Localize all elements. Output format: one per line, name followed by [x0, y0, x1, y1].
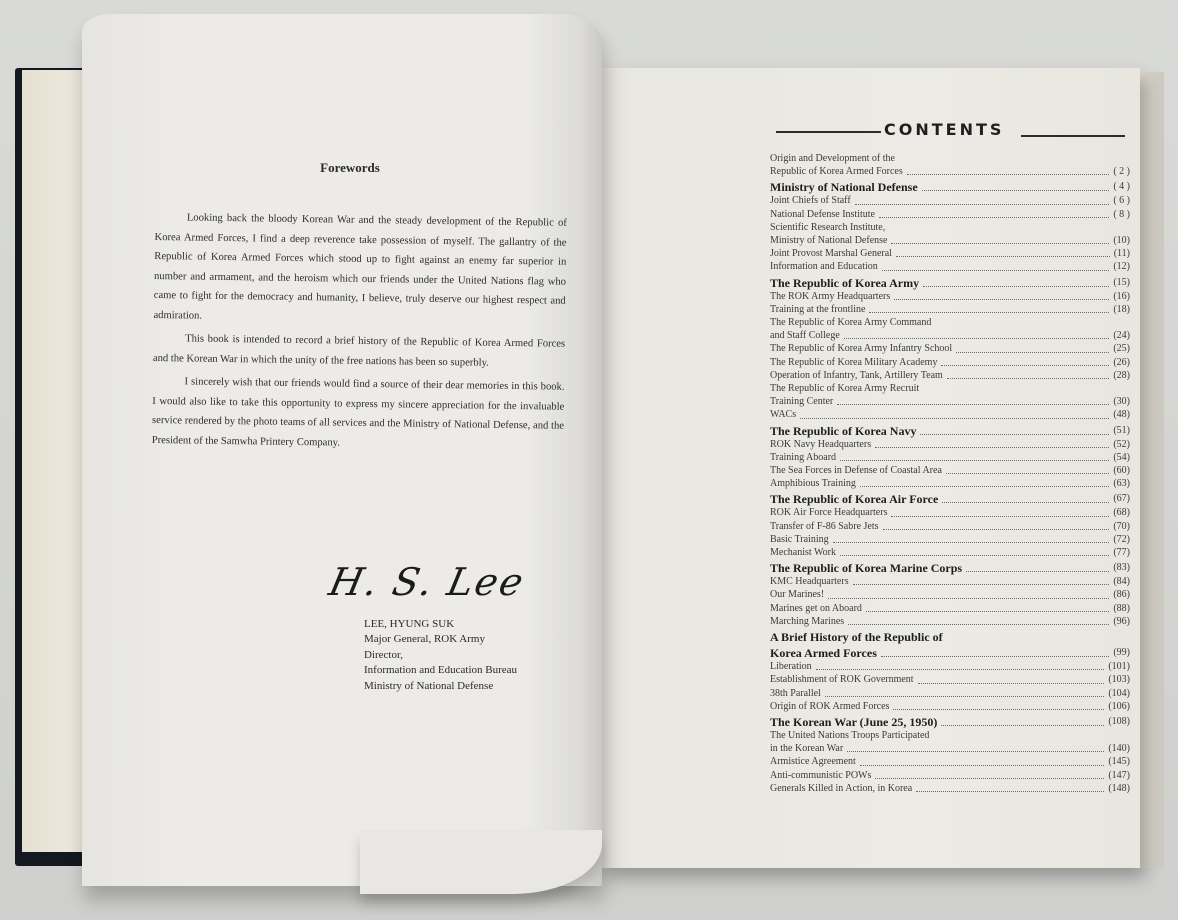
dot-leader [946, 472, 1109, 474]
dot-leader [840, 554, 1109, 556]
toc-page-number: ( 6 ) [1113, 194, 1130, 207]
foreword-paragraph: I sincerely wish that our friends would … [152, 372, 565, 456]
toc-page-number: (48) [1113, 408, 1130, 421]
signature: H. S. Lee [325, 560, 529, 604]
toc-entry-label: in the Korean War [770, 742, 843, 755]
table-of-contents: Origin and Development of theRepublic of… [770, 152, 1130, 795]
toc-entry: Operation of Infantry, Tank, Artillery T… [770, 369, 1130, 382]
toc-page-number: (86) [1113, 588, 1130, 601]
toc-entry: KMC Headquarters(84) [770, 575, 1130, 588]
dot-leader [828, 597, 1109, 599]
toc-entry: The Sea Forces in Defense of Coastal Are… [770, 464, 1130, 477]
toc-entry-label: WACs [770, 408, 796, 421]
toc-entry: ROK Air Force Headquarters(68) [770, 506, 1130, 519]
toc-entry-line: A Brief History of the Republic of [770, 630, 1130, 644]
toc-entry-label: Marching Marines [770, 615, 844, 628]
dot-leader [966, 570, 1109, 572]
toc-entry-line: The Republic of Korea Army Command [770, 316, 1130, 329]
toc-page-number: ( 8 ) [1113, 208, 1130, 221]
toc-page-number: (12) [1113, 260, 1130, 273]
toc-entry-label: Amphibious Training [770, 477, 856, 490]
toc-page-number: (24) [1113, 329, 1130, 342]
toc-entry: Transfer of F-86 Sabre Jets(70) [770, 520, 1130, 533]
toc-entry-line: The United Nations Troops Participated [770, 729, 1130, 742]
toc-entry: Mechanist Work(77) [770, 546, 1130, 559]
toc-entry: The Korean War (June 25, 1950)(108) [770, 715, 1130, 729]
toc-page-number: (84) [1113, 575, 1130, 588]
toc-entry-label: The Republic of Korea Army Infantry Scho… [770, 342, 952, 355]
dot-leader [825, 695, 1105, 697]
toc-entry-label: The Republic of Korea Marine Corps [770, 561, 962, 575]
toc-entry-label: Mechanist Work [770, 546, 836, 559]
toc-page-number: (103) [1108, 673, 1130, 686]
toc-entry-label: KMC Headquarters [770, 575, 849, 588]
foreword-paragraph: This book is intended to record a brief … [153, 329, 566, 374]
toc-page-number: (88) [1113, 602, 1130, 615]
toc-entry: Marching Marines(96) [770, 615, 1130, 628]
toc-entry-label: Transfer of F-86 Sabre Jets [770, 520, 879, 533]
toc-entry: Establishment of ROK Government(103) [770, 673, 1130, 686]
foreword-title: Forewords [300, 160, 400, 176]
dot-leader [800, 417, 1109, 419]
dot-leader [816, 668, 1105, 670]
toc-entry: Anti-communistic POWs(147) [770, 769, 1130, 782]
dot-leader [847, 750, 1104, 752]
toc-entry: National Defense Institute( 8 ) [770, 208, 1130, 221]
signatory-block: LEE, HYUNG SUK Major General, ROK Army D… [364, 617, 517, 694]
toc-entry: The Republic of Korea Air Force(67) [770, 492, 1130, 506]
toc-page-number: (18) [1113, 303, 1130, 316]
dot-leader [893, 708, 1104, 710]
dot-leader [869, 311, 1109, 313]
toc-entry: The Republic of Korea Navy(51) [770, 424, 1130, 438]
toc-entry: Ministry of National Defense(10) [770, 234, 1130, 247]
toc-entry-label: Origin of ROK Armed Forces [770, 700, 889, 713]
toc-entry: Armistice Agreement(145) [770, 755, 1130, 768]
dot-leader [956, 351, 1109, 353]
toc-entry-label: Marines get on Aboard [770, 602, 862, 615]
dot-leader [882, 269, 1110, 271]
toc-entry-label: Training at the frontline [770, 303, 865, 316]
dot-leader [941, 724, 1104, 726]
dot-leader [918, 682, 1105, 684]
toc-entry: Republic of Korea Armed Forces( 2 ) [770, 165, 1130, 178]
toc-entry-label: Basic Training [770, 533, 829, 546]
toc-entry: Joint Provost Marshal General(11) [770, 247, 1130, 260]
dot-leader [853, 583, 1110, 585]
toc-entry: Joint Chiefs of Staff( 6 ) [770, 194, 1130, 207]
toc-page-number: (28) [1113, 369, 1130, 382]
toc-page-number: (101) [1108, 660, 1130, 673]
toc-entry-line: Origin and Development of the [770, 152, 1130, 165]
dot-leader [916, 790, 1104, 792]
toc-entry-label: Information and Education [770, 260, 878, 273]
toc-entry-label: Republic of Korea Armed Forces [770, 165, 903, 178]
dot-leader [891, 242, 1109, 244]
toc-entry: Our Marines!(86) [770, 588, 1130, 601]
toc-page-number: (104) [1108, 687, 1130, 700]
toc-entry-line: Scientific Research Institute, [770, 221, 1130, 234]
toc-entry-label: Training Aboard [770, 451, 836, 464]
toc-entry: Korea Armed Forces(99) [770, 646, 1130, 660]
signatory-rank: Major General, ROK Army [364, 632, 517, 647]
toc-page-number: (68) [1113, 506, 1130, 519]
toc-entry-label: Anti-communistic POWs [770, 769, 871, 782]
dot-leader [896, 255, 1110, 257]
toc-entry-label: The ROK Army Headquarters [770, 290, 890, 303]
toc-entry: and Staff College(24) [770, 329, 1130, 342]
toc-entry-label: ROK Navy Headquarters [770, 438, 871, 451]
toc-entry-label: Training Center [770, 395, 833, 408]
toc-page-number: (54) [1113, 451, 1130, 464]
dot-leader [947, 377, 1110, 379]
toc-entry: Basic Training(72) [770, 533, 1130, 546]
heading-rule-left [776, 131, 881, 133]
dot-leader [923, 285, 1109, 287]
toc-entry-label: The Korean War (June 25, 1950) [770, 715, 937, 729]
dot-leader [848, 623, 1109, 625]
toc-entry-label: The Republic of Korea Air Force [770, 492, 938, 506]
toc-entry-label: Joint Chiefs of Staff [770, 194, 851, 207]
toc-page-number: (67) [1113, 492, 1130, 506]
toc-page-number: (16) [1113, 290, 1130, 303]
signatory-position: Director, [364, 648, 517, 663]
toc-entry-label: Ministry of National Defense [770, 180, 918, 194]
toc-entry: Liberation(101) [770, 660, 1130, 673]
dot-leader [875, 777, 1104, 779]
toc-entry-label: National Defense Institute [770, 208, 875, 221]
toc-page-number: (26) [1113, 356, 1130, 369]
toc-entry: Training at the frontline(18) [770, 303, 1130, 316]
dot-leader [837, 403, 1109, 405]
dot-leader [879, 216, 1109, 218]
toc-entry-label: Joint Provost Marshal General [770, 247, 892, 260]
contents-heading: CONTENTS [776, 120, 1128, 142]
dot-leader [860, 485, 1109, 487]
toc-entry-label: 38th Parallel [770, 687, 821, 700]
dot-leader [891, 515, 1109, 517]
heading-rule-right [1021, 135, 1125, 137]
toc-entry-label: Operation of Infantry, Tank, Artillery T… [770, 369, 943, 382]
toc-entry-label: The Republic of Korea Military Academy [770, 356, 937, 369]
toc-entry: ROK Navy Headquarters(52) [770, 438, 1130, 451]
foreword-paragraph: Looking back the bloody Korean War and t… [153, 208, 567, 331]
dot-leader [942, 501, 1109, 503]
toc-entry-label: Armistice Agreement [770, 755, 856, 768]
dot-leader [866, 610, 1109, 612]
dot-leader [883, 528, 1110, 530]
toc-page-number: (96) [1113, 615, 1130, 628]
toc-page-number: (83) [1113, 561, 1130, 575]
signatory-bureau: Information and Education Bureau [364, 663, 517, 678]
toc-entry: Generals Killed in Action, in Korea(148) [770, 782, 1130, 795]
toc-entry-label: The Republic of Korea Navy [770, 424, 916, 438]
toc-page-number: (106) [1108, 700, 1130, 713]
toc-entry: Origin of ROK Armed Forces(106) [770, 700, 1130, 713]
toc-page-number: (11) [1114, 247, 1130, 260]
toc-entry-label: Our Marines! [770, 588, 824, 601]
toc-page-number: (25) [1113, 342, 1130, 355]
page-block-edge-right [1138, 72, 1164, 868]
dot-leader [833, 541, 1110, 543]
toc-entry-label: The Republic of Korea Army [770, 276, 919, 290]
dot-leader [840, 459, 1109, 461]
toc-page-number: ( 2 ) [1113, 165, 1130, 178]
toc-entry-label: ROK Air Force Headquarters [770, 506, 887, 519]
dot-leader [875, 446, 1109, 448]
toc-entry: WACs(48) [770, 408, 1130, 421]
toc-entry: Amphibious Training(63) [770, 477, 1130, 490]
dot-leader [881, 655, 1109, 657]
toc-page-number: (10) [1113, 234, 1130, 247]
toc-page-number: (15) [1113, 276, 1130, 290]
foreword-body: Looking back the bloody Korean War and t… [152, 208, 567, 460]
toc-entry-label: Ministry of National Defense [770, 234, 887, 247]
toc-entry: The ROK Army Headquarters(16) [770, 290, 1130, 303]
toc-page-number: (108) [1108, 715, 1130, 729]
toc-page-number: (30) [1113, 395, 1130, 408]
toc-page-number: (70) [1113, 520, 1130, 533]
dot-leader [860, 764, 1105, 766]
dot-leader [922, 189, 1110, 191]
signatory-name: LEE, HYUNG SUK [364, 617, 517, 632]
toc-entry: The Republic of Korea Military Academy(2… [770, 356, 1130, 369]
toc-entry: in the Korean War(140) [770, 742, 1130, 755]
toc-entry: 38th Parallel(104) [770, 687, 1130, 700]
toc-entry-label: Korea Armed Forces [770, 646, 877, 660]
toc-page-number: (60) [1113, 464, 1130, 477]
toc-entry: The Republic of Korea Army Infantry Scho… [770, 342, 1130, 355]
toc-entry-label: Establishment of ROK Government [770, 673, 914, 686]
toc-entry: Information and Education(12) [770, 260, 1130, 273]
toc-page-number: (77) [1113, 546, 1130, 559]
dot-leader [941, 364, 1109, 366]
dot-leader [855, 203, 1110, 205]
toc-entry: The Republic of Korea Marine Corps(83) [770, 561, 1130, 575]
dot-leader [907, 173, 1110, 175]
toc-page-number: (140) [1108, 742, 1130, 755]
toc-entry: The Republic of Korea Army(15) [770, 276, 1130, 290]
toc-page-number: (145) [1108, 755, 1130, 768]
contents-title: CONTENTS [884, 120, 1004, 139]
toc-entry-label: Liberation [770, 660, 812, 673]
toc-page-number: (148) [1108, 782, 1130, 795]
toc-entry-label: The Sea Forces in Defense of Coastal Are… [770, 464, 942, 477]
toc-page-number: (63) [1113, 477, 1130, 490]
dot-leader [844, 337, 1110, 339]
toc-page-number: ( 4 ) [1113, 180, 1130, 194]
toc-page-number: (51) [1113, 424, 1130, 438]
dot-leader [920, 433, 1109, 435]
toc-page-number: (72) [1113, 533, 1130, 546]
dot-leader [894, 298, 1109, 300]
toc-entry-label: and Staff College [770, 329, 840, 342]
toc-entry: Marines get on Aboard(88) [770, 602, 1130, 615]
toc-entry: Training Aboard(54) [770, 451, 1130, 464]
toc-page-number: (52) [1113, 438, 1130, 451]
signatory-ministry: Ministry of National Defense [364, 679, 517, 694]
toc-entry: Training Center(30) [770, 395, 1130, 408]
toc-entry: Ministry of National Defense( 4 ) [770, 180, 1130, 194]
toc-page-number: (147) [1108, 769, 1130, 782]
toc-entry-line: The Republic of Korea Army Recruit [770, 382, 1130, 395]
toc-entry-label: Generals Killed in Action, in Korea [770, 782, 912, 795]
toc-page-number: (99) [1113, 646, 1130, 660]
